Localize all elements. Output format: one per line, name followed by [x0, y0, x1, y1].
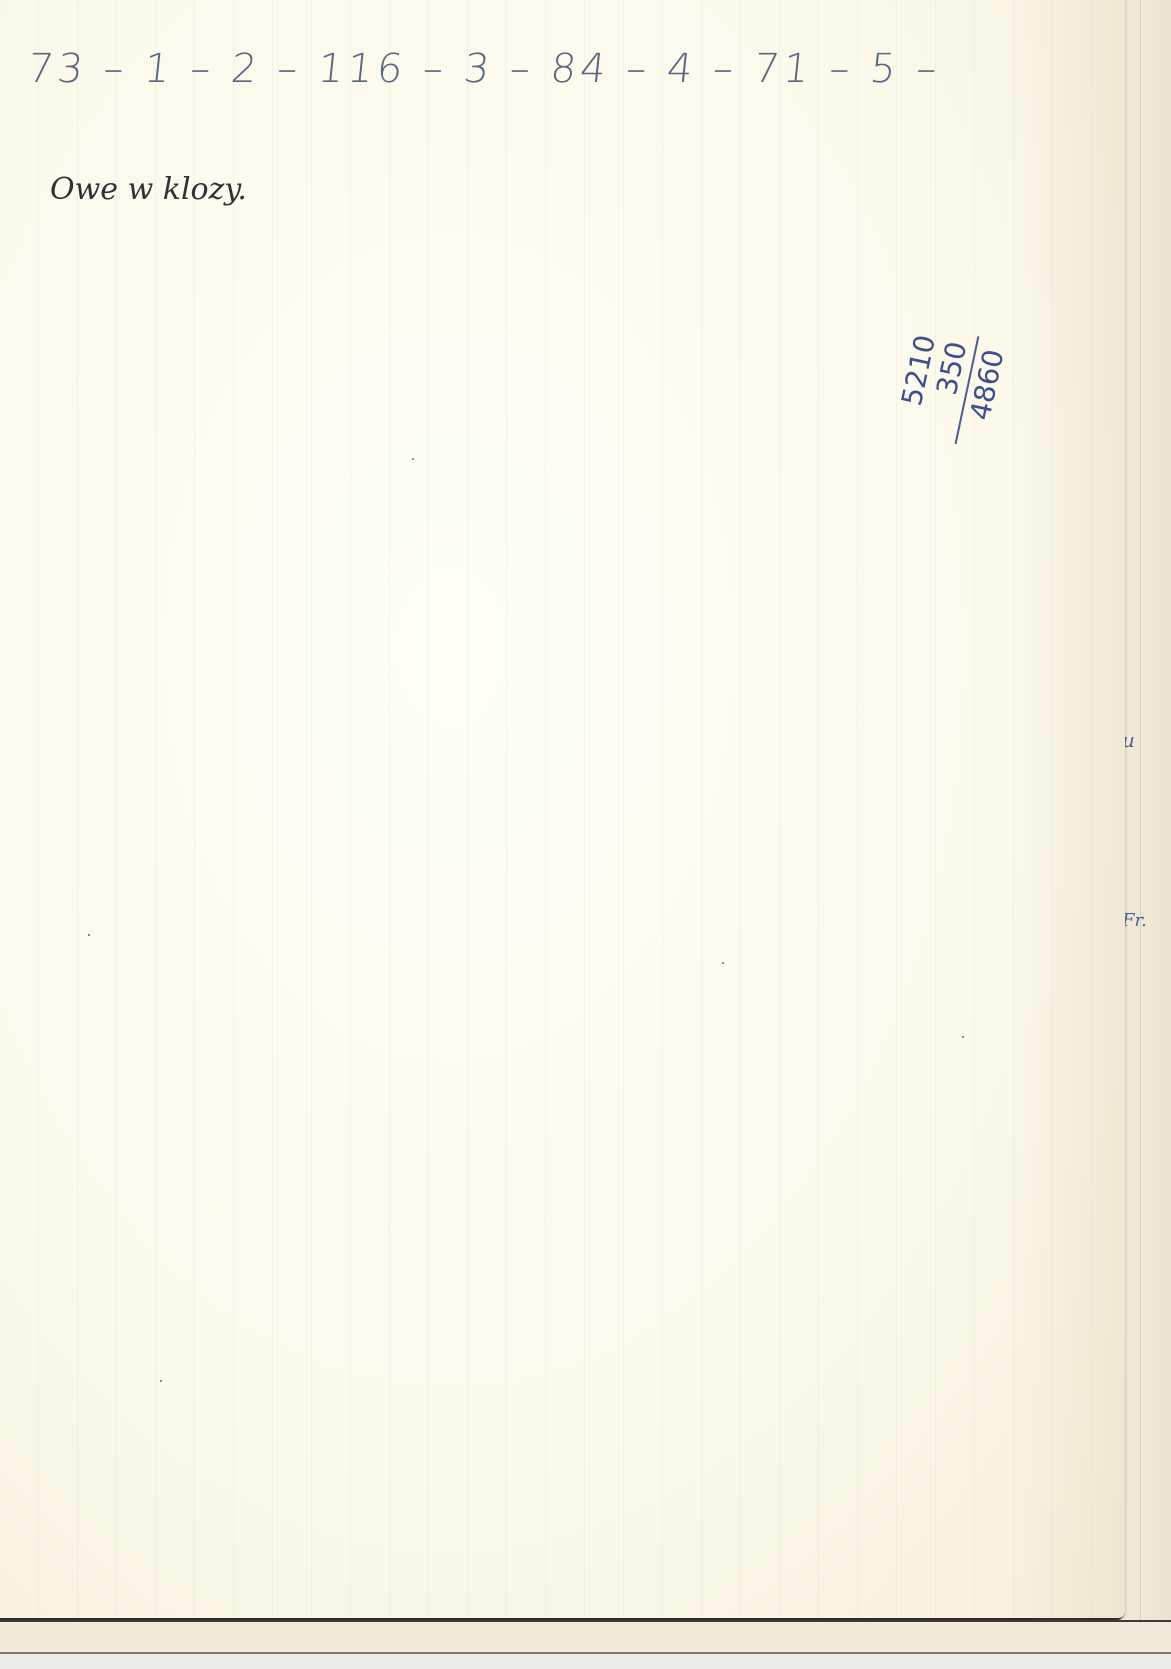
back-sheet	[1140, 0, 1171, 1620]
back-sheet-bottom-edge	[0, 1620, 1171, 1654]
subtraction-calculation: 5210 350 4860	[890, 280, 1030, 440]
paper-speck	[412, 458, 414, 460]
paper-speck	[160, 1380, 162, 1382]
paper-speck	[88, 934, 90, 936]
paper-speck	[722, 962, 724, 964]
paper-page: 73 – 1 – 2 – 116 – 3 – 84 – 4 – 71 – 5 –…	[0, 0, 1125, 1620]
margin-mark: Fr.	[1122, 910, 1147, 931]
paper-speck	[962, 1036, 964, 1038]
handwritten-note: Owe w klozy.	[50, 172, 247, 207]
number-sequence: 73 – 1 – 2 – 116 – 3 – 84 – 4 – 71 – 5 –	[26, 46, 943, 92]
